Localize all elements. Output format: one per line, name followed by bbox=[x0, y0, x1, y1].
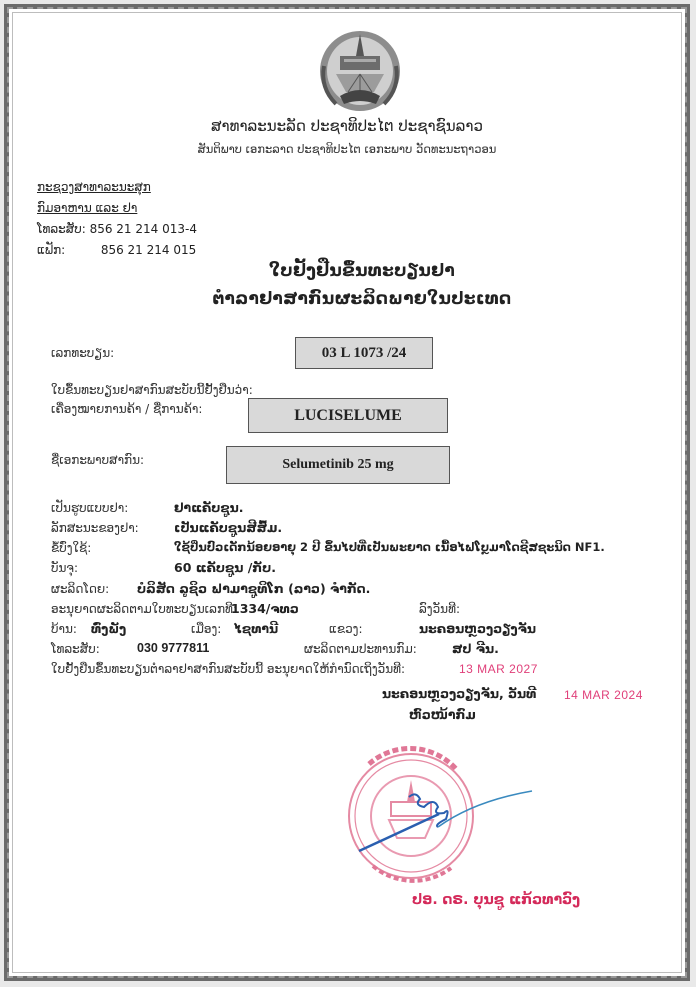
ministry-fax: ແຟັກ: 856 21 214 015 bbox=[37, 240, 197, 261]
phone-label: ໂທລະສັບ: bbox=[37, 222, 86, 236]
form-label: ເປັນຮູບແບບຢາ: bbox=[51, 501, 128, 515]
license-label: ອະນຸຍາດຜະລິດຕາມໃບທະບຽນເລກທີ: bbox=[51, 602, 237, 616]
document-title: ໃບຢັ້ງຢືນຂຶ້ນທະບຽນຢາ bbox=[9, 261, 685, 281]
brand-name-box: LUCISELUME bbox=[248, 398, 448, 433]
fax-label: ແຟັກ: bbox=[37, 240, 87, 261]
country-name: ສາທາລະນະລັດ ປະຊາທິປະໄຕ ປະຊາຊົນລາວ bbox=[9, 117, 685, 135]
manufacturer-value: ບໍລິສັດ ລູຊິວ ຟາມາຊູທິໂກ (ລາວ) ຈຳກັດ. bbox=[137, 581, 370, 596]
phone-value: 856 21 214 013-4 bbox=[90, 222, 197, 236]
ministry-phone: ໂທລະສັບ: 856 21 214 013-4 bbox=[37, 219, 197, 240]
manufacturer-label: ຜະລິດໂດຍ: bbox=[51, 582, 109, 596]
registration-number-label: ເລກທະບຽນ: bbox=[51, 346, 114, 360]
department-name: ກົມອາຫານ ແລະ ຢາ bbox=[37, 198, 197, 219]
ministry-block: ກະຊວງສາທາລະນະສຸກ ກົມອາຫານ ແລະ ຢາ ໂທລະສັບ… bbox=[37, 177, 197, 261]
district-label: ເມືອງ: bbox=[191, 622, 221, 636]
generic-name-box: Selumetinib 25 mg bbox=[226, 446, 450, 484]
packing-label: ບັນຈຸ: bbox=[51, 561, 78, 575]
ministry-name: ກະຊວງສາທາລະນະສຸກ bbox=[37, 177, 197, 198]
fax-value: 856 21 214 015 bbox=[101, 243, 196, 257]
province-value: ນະຄອນຫຼວງວຽງຈັນ bbox=[419, 621, 536, 636]
indication-label: ຂໍ້ບົ່ງໃຊ້: bbox=[51, 541, 91, 555]
village-label: ບ້ານ: bbox=[51, 622, 77, 636]
validity-text: ໃບຢັ້ງຢືນຂຶ້ນທະບຽນຕຳລາຢາສາກົນສະບັບນີ້ ອະ… bbox=[51, 662, 405, 676]
registration-number-box: 03 L 1073 /24 bbox=[295, 337, 433, 369]
packing-value: 60 ແຄັບຊູນ /ກັບ. bbox=[174, 560, 276, 575]
issue-date-stamp: 14 MAR 2024 bbox=[564, 688, 643, 702]
national-motto: ສັນຕິພາບ ເອກະລາດ ປະຊາທິປະໄຕ ເອກະພາບ ວັດທ… bbox=[9, 142, 685, 156]
brand-label: ເຄື່ອງໝາຍການຄ້າ / ຊື່ການຄ້າ: bbox=[51, 402, 202, 416]
licensed-by-label: ຜະລິດຕາມປະທານກົມ: bbox=[304, 642, 417, 656]
form-value: ຢາແຄັບຊູນ. bbox=[174, 500, 244, 515]
license-value: 1334/ຈທວ bbox=[231, 601, 299, 616]
tel-value: 030 9777811 bbox=[137, 641, 209, 655]
appearance-value: ເປັນແຄັບຊູນສີສົ້ມ. bbox=[174, 520, 282, 535]
lao-national-emblem-icon bbox=[314, 26, 406, 112]
village-value: ທົ່ງພັງ bbox=[91, 621, 126, 636]
district-value: ໄຊທານີ bbox=[234, 621, 278, 636]
province-label: ແຂວງ: bbox=[329, 622, 363, 636]
appearance-label: ລັກສະນະຂອງຢາ: bbox=[51, 521, 139, 535]
document-subtitle: ຕຳລາຢາສາກົນຜະລິດພາຍໃນປະເທດ bbox=[9, 289, 685, 309]
indication-value: ໃຊ້ປິ່ນປົວເດັກນ້ອຍອາຍຸ 2 ປີ ຂຶ້ນໄປທີ່ເປັ… bbox=[174, 540, 605, 554]
tel-label: ໂທລະສັບ: bbox=[51, 642, 100, 656]
signatory-title: ຫົວໜ້າກົມ bbox=[409, 707, 476, 722]
license-date-label: ລົງວັນທີ: bbox=[419, 602, 460, 616]
signing-place-date: ນະຄອນຫຼວງວຽງຈັນ, ວັນທີ bbox=[382, 686, 536, 701]
certify-label: ໃບຂຶ້ນທະບຽນຢາສາກົນສະບັບນີ້ຢັ້ງຢືນວ່າ: bbox=[51, 383, 253, 397]
expiry-date-stamp: 13 MAR 2027 bbox=[459, 662, 538, 676]
blue-ink-signature-icon bbox=[354, 779, 534, 859]
licensed-by-value: ສປ ຈີນ. bbox=[452, 641, 499, 656]
signatory-name: ປອ. ດຣ. ບຸນຊູ ແກ້ວທາວົງ bbox=[412, 892, 580, 908]
certificate-page: ສາທາລະນະລັດ ປະຊາທິປະໄຕ ປະຊາຊົນລາວ ສັນຕິພ… bbox=[4, 4, 690, 981]
generic-name-label: ຊື່ເອກະພາບສາກົນ: bbox=[51, 453, 144, 467]
